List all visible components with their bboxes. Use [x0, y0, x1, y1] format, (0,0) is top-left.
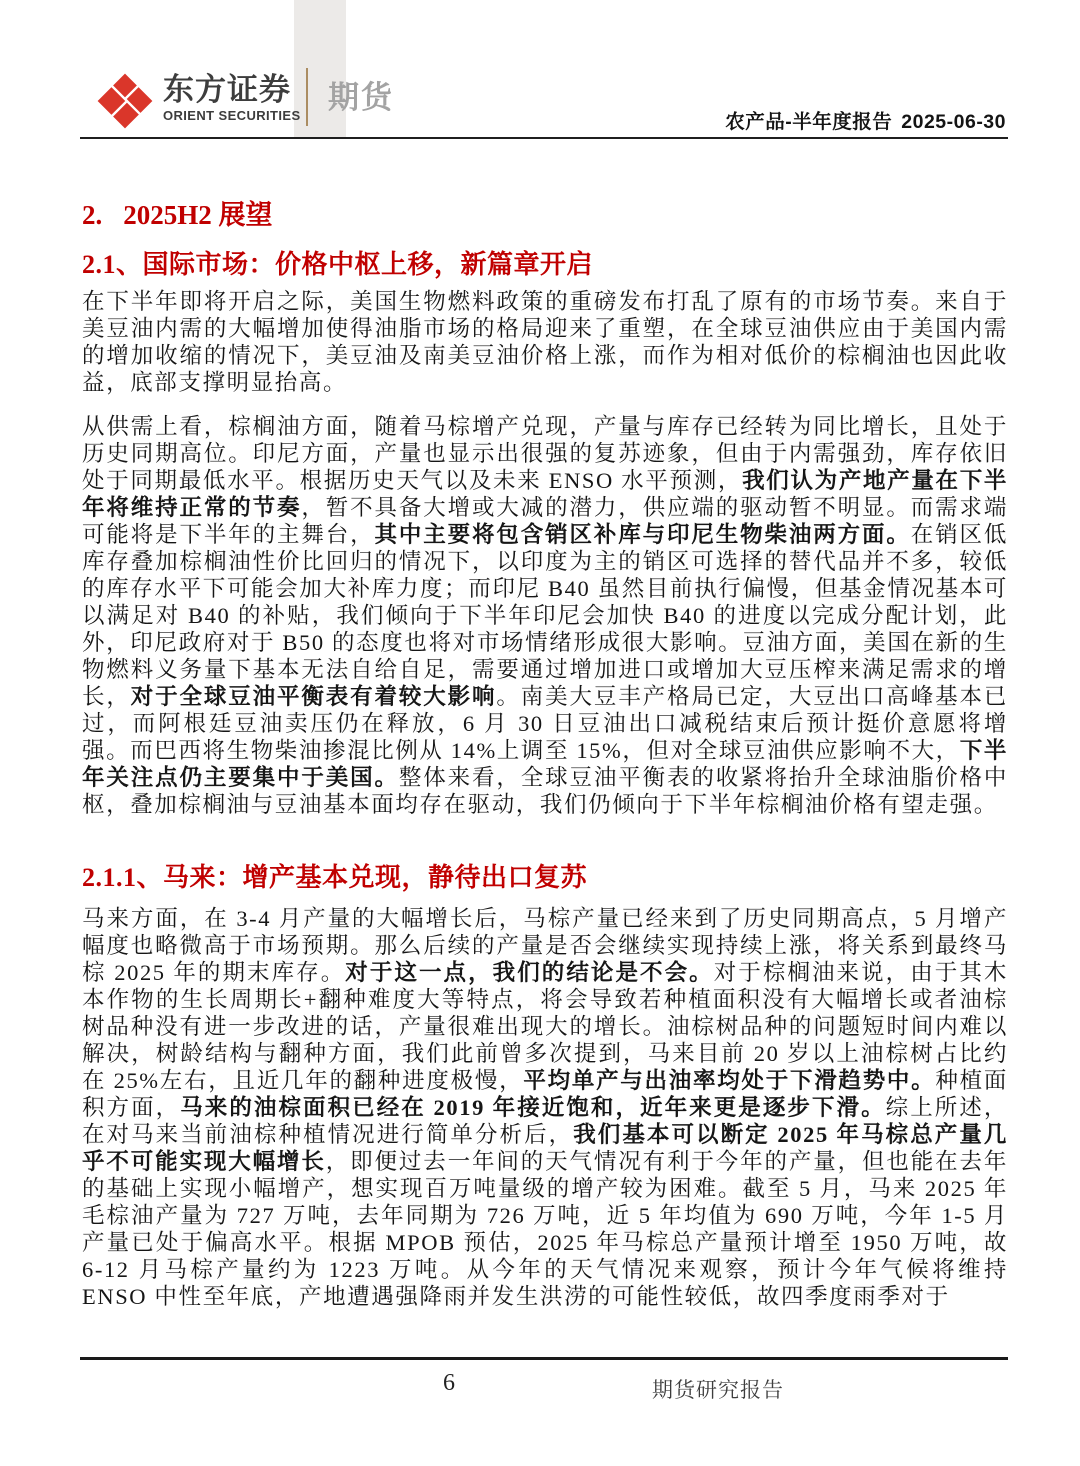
logo-divider-line	[306, 68, 308, 126]
emphasis-run: 马来的油棕面积已经在 2019 年接近饱和，近年来更是逐步下滑。	[180, 1095, 885, 1120]
paragraph-malaysia: 马来方面，在 3-4 月产量的大幅增长后，马棕产量已经来到了历史同期高点，5 月…	[82, 905, 1008, 1310]
paragraph-intro: 在下半年即将开启之际，美国生物燃料政策的重磅发布打乱了原有的市场节奏。来自于美豆…	[82, 288, 1008, 396]
footer-rule	[80, 1357, 1008, 1360]
brand-name-en: ORIENT SECURITIES	[163, 108, 293, 124]
orient-securities-logo-icon	[94, 70, 156, 132]
report-series-label: 期货研究报告	[652, 1374, 784, 1404]
section-heading-2-1: 2.1、国际市场：价格中枢上移，新篇章开启	[82, 248, 1008, 282]
report-date: 2025-06-30	[901, 111, 1006, 133]
emphasis-run: 其中主要将包含销区补库与印尼生物柴油两方面。	[375, 522, 911, 547]
emphasis-run: 平均单产与出油率均处于下滑趋势中。	[523, 1068, 935, 1093]
section-title: 2025H2 展望	[123, 197, 272, 233]
paragraph-supply-demand: 从供需上看，棕榈油方面，随着马棕增产兑现，产量与库存已经转为同比增长，且处于历史…	[82, 413, 1008, 818]
text-run: 在下半年即将开启之际，美国生物燃料政策的重磅发布打乱了原有的市场节奏。来自于美豆…	[82, 289, 1008, 395]
section-number: 2.	[82, 197, 102, 233]
header-gray-band	[294, 0, 346, 138]
brand-name-cn: 东方证券	[163, 72, 293, 108]
report-type-label: 农产品-半年度报告	[725, 111, 892, 133]
brand-block: 东方证券 ORIENT SECURITIES	[163, 72, 293, 124]
header-rule	[80, 137, 1008, 139]
division-label: 期货	[328, 72, 394, 117]
report-meta: 农产品-半年度报告2025-06-30	[725, 106, 1006, 134]
emphasis-run: 对于这一点，我们的结论是不会。	[345, 960, 713, 985]
section-heading-2: 2. 2025H2 展望	[82, 197, 1008, 233]
section-heading-2-1-1: 2.1.1、马来：增产基本兑现，静待出口复苏	[82, 861, 1008, 895]
emphasis-run: 对于全球豆油平衡表有着较大影响	[131, 684, 497, 709]
report-page: 东方证券 ORIENT SECURITIES 期货 农产品-半年度报告2025-…	[0, 0, 1080, 1466]
document-body: 2. 2025H2 展望 2.1、国际市场：价格中枢上移，新篇章开启 在下半年即…	[82, 140, 1008, 1310]
page-header: 东方证券 ORIENT SECURITIES 期货 农产品-半年度报告2025-…	[0, 0, 1080, 140]
text-run: 在销区低库存叠加棕榈油性价比回归的情况下，以印度为主的销区可选择的替代品并不多，…	[82, 522, 1008, 709]
